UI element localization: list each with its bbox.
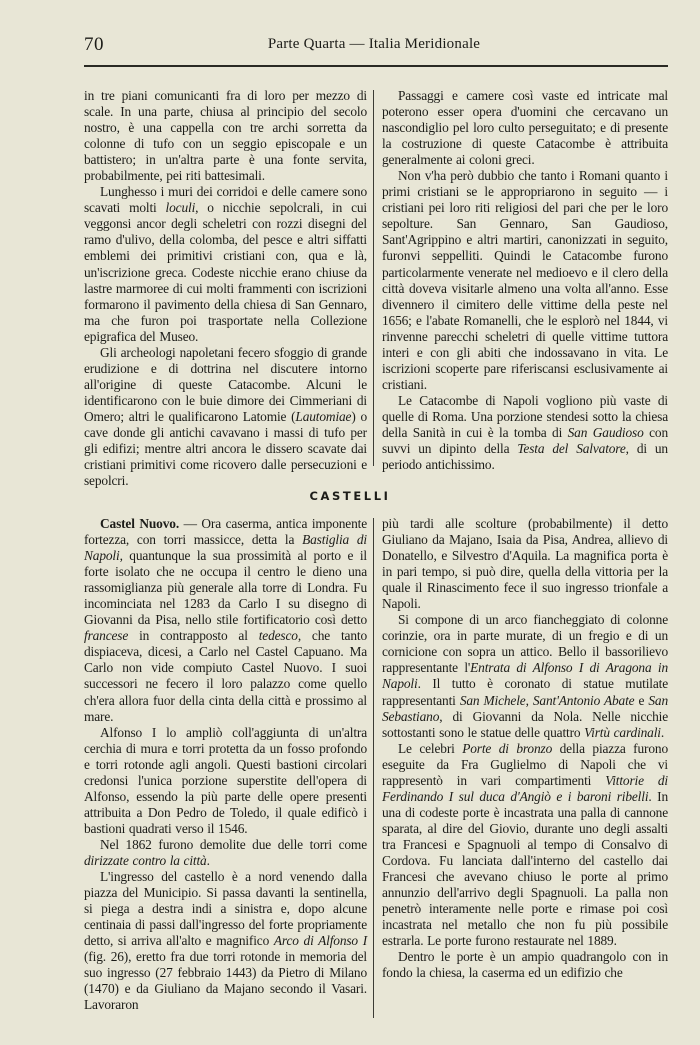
italic-term: Lautomiae — [295, 409, 351, 424]
book-page: 70 Parte Quarta — Italia Meridionale in … — [0, 0, 700, 1045]
paragraph: Lunghesso i muri dei corridoi e delle ca… — [84, 184, 367, 344]
italic-term: San Michele — [460, 693, 526, 708]
paragraph: Castel Nuovo. — Ora caserma, antica impo… — [84, 516, 367, 725]
paragraph: in tre piani comunicanti fra di loro per… — [84, 88, 367, 184]
paragraph: Non v'ha però dubbio che tanto i Romani … — [382, 168, 668, 393]
paragraph: Dentro le porte è un ampio quadrangolo c… — [382, 949, 668, 981]
italic-term: francese — [84, 628, 128, 643]
italic-term: Arco di Alfonso I — [274, 933, 367, 948]
header-rule — [84, 65, 668, 67]
section-heading: CASTELLI — [0, 489, 700, 503]
italic-term: Porte di bronzo — [462, 741, 552, 756]
paragraph: Nel 1862 furono demolite due delle torri… — [84, 837, 367, 869]
paragraph: L'ingresso del castello è a nord venendo… — [84, 869, 367, 1013]
column-divider — [373, 518, 374, 1018]
lower-right-column: più tardi alle scolture (probabilmente) … — [382, 516, 668, 981]
running-head: 70 Parte Quarta — Italia Meridionale — [84, 34, 664, 56]
running-head-title: Parte Quarta — Italia Meridionale — [84, 36, 664, 53]
paragraph: Passaggi e camere così vaste ed intricat… — [382, 88, 668, 168]
italic-term: San Gaudioso — [568, 425, 644, 440]
italic-term: Virtù cardinali — [584, 725, 661, 740]
italic-term: loculi — [166, 200, 196, 215]
paragraph: Le Catacombe di Napoli vogliono più vast… — [382, 393, 668, 473]
paragraph: Le celebri Porte di bronzo della piazza … — [382, 741, 668, 950]
upper-left-column: in tre piani comunicanti fra di loro per… — [84, 88, 367, 489]
paragraph: Si compone di un arco fiancheggiato di c… — [382, 612, 668, 740]
italic-term: tedesco — [259, 628, 298, 643]
italic-term: dirizzate contro la città — [84, 853, 207, 868]
upper-right-column: Passaggi e camere così vaste ed intricat… — [382, 88, 668, 473]
italic-term: Testa del Salvatore — [517, 441, 625, 456]
lower-left-column: Castel Nuovo. — Ora caserma, antica impo… — [84, 516, 367, 1013]
paragraph: Gli archeologi napoletani fecero sfoggio… — [84, 345, 367, 489]
paragraph: più tardi alle scolture (probabilmente) … — [382, 516, 668, 612]
column-divider — [373, 90, 374, 466]
italic-term: Sant'Antonio Abate — [533, 693, 635, 708]
paragraph: Alfonso I lo ampliò coll'aggiunta di un'… — [84, 725, 367, 837]
entry-lead: Castel Nuovo. — [100, 516, 179, 531]
